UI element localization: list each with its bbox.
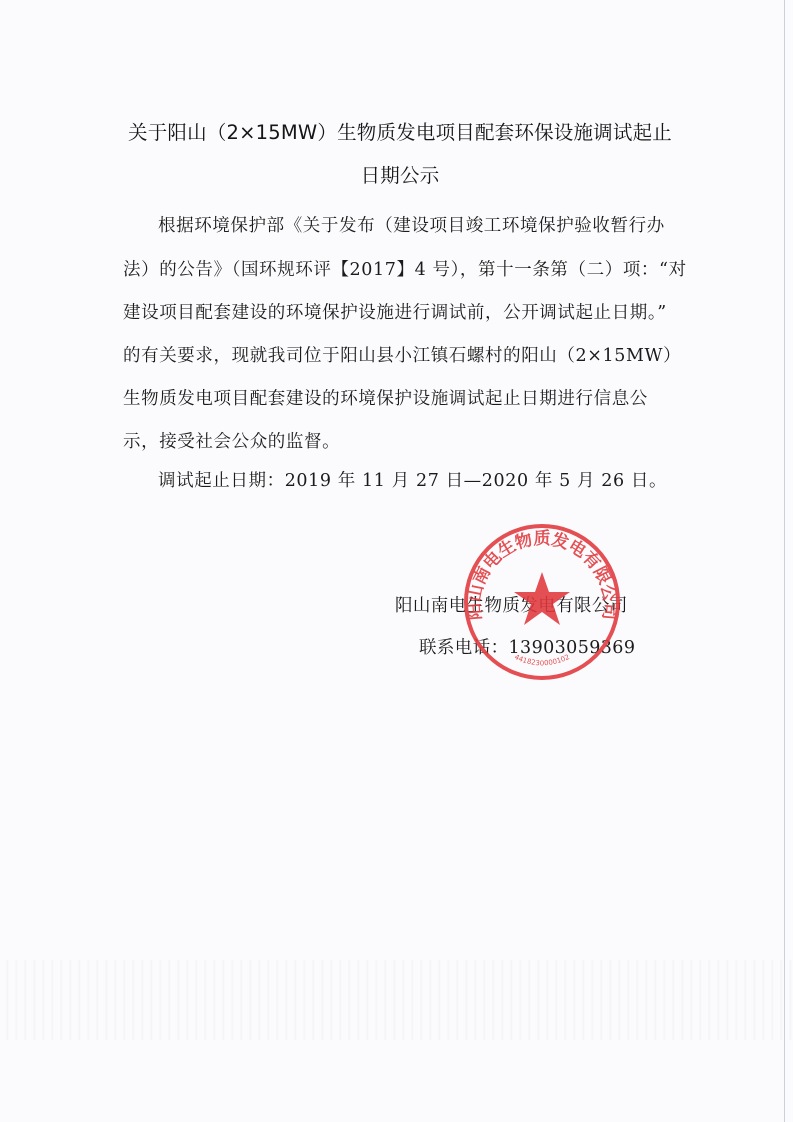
body-line-2: 法）的公告》（国环规环评【2017】4 号），第十一条第（二）项：“对 xyxy=(123,256,683,281)
commissioning-date-line: 调试起止日期：2019 年 11 月 27 日—2020 年 5 月 26 日。 xyxy=(158,467,718,492)
body-line-6: 示，接受社会公众的监督。 xyxy=(123,428,683,453)
body-line-4: 的有关要求，现就我司位于阳山县小江镇石螺村的阳山（2×15MW） xyxy=(123,342,683,367)
company-seal-icon: 阳山南电生物质发电有限公司 4418230000102 xyxy=(462,522,622,682)
body-line-1: 根据环境保护部《关于发布（建设项目竣工环境保护验收暂行办 xyxy=(158,212,718,237)
document-title-line-2: 日期公示 xyxy=(110,160,690,188)
scan-artifact xyxy=(0,960,793,1040)
document-page: 关于阳山（2×15MW）生物质发电项目配套环保设施调试起止 日期公示 根据环境保… xyxy=(0,0,793,1122)
svg-text:4418230000102: 4418230000102 xyxy=(513,653,571,667)
document-title-line-1: 关于阳山（2×15MW）生物质发电项目配套环保设施调试起止 xyxy=(110,117,690,145)
body-line-5: 生物质发电项目配套建设的环境保护设施调试起止日期进行信息公 xyxy=(123,385,683,410)
body-line-3: 建设项目配套建设的环境保护设施进行调试前，公开调试起止日期。” xyxy=(123,299,683,324)
page-edge xyxy=(784,0,785,1122)
seal-code: 4418230000102 xyxy=(513,653,571,667)
